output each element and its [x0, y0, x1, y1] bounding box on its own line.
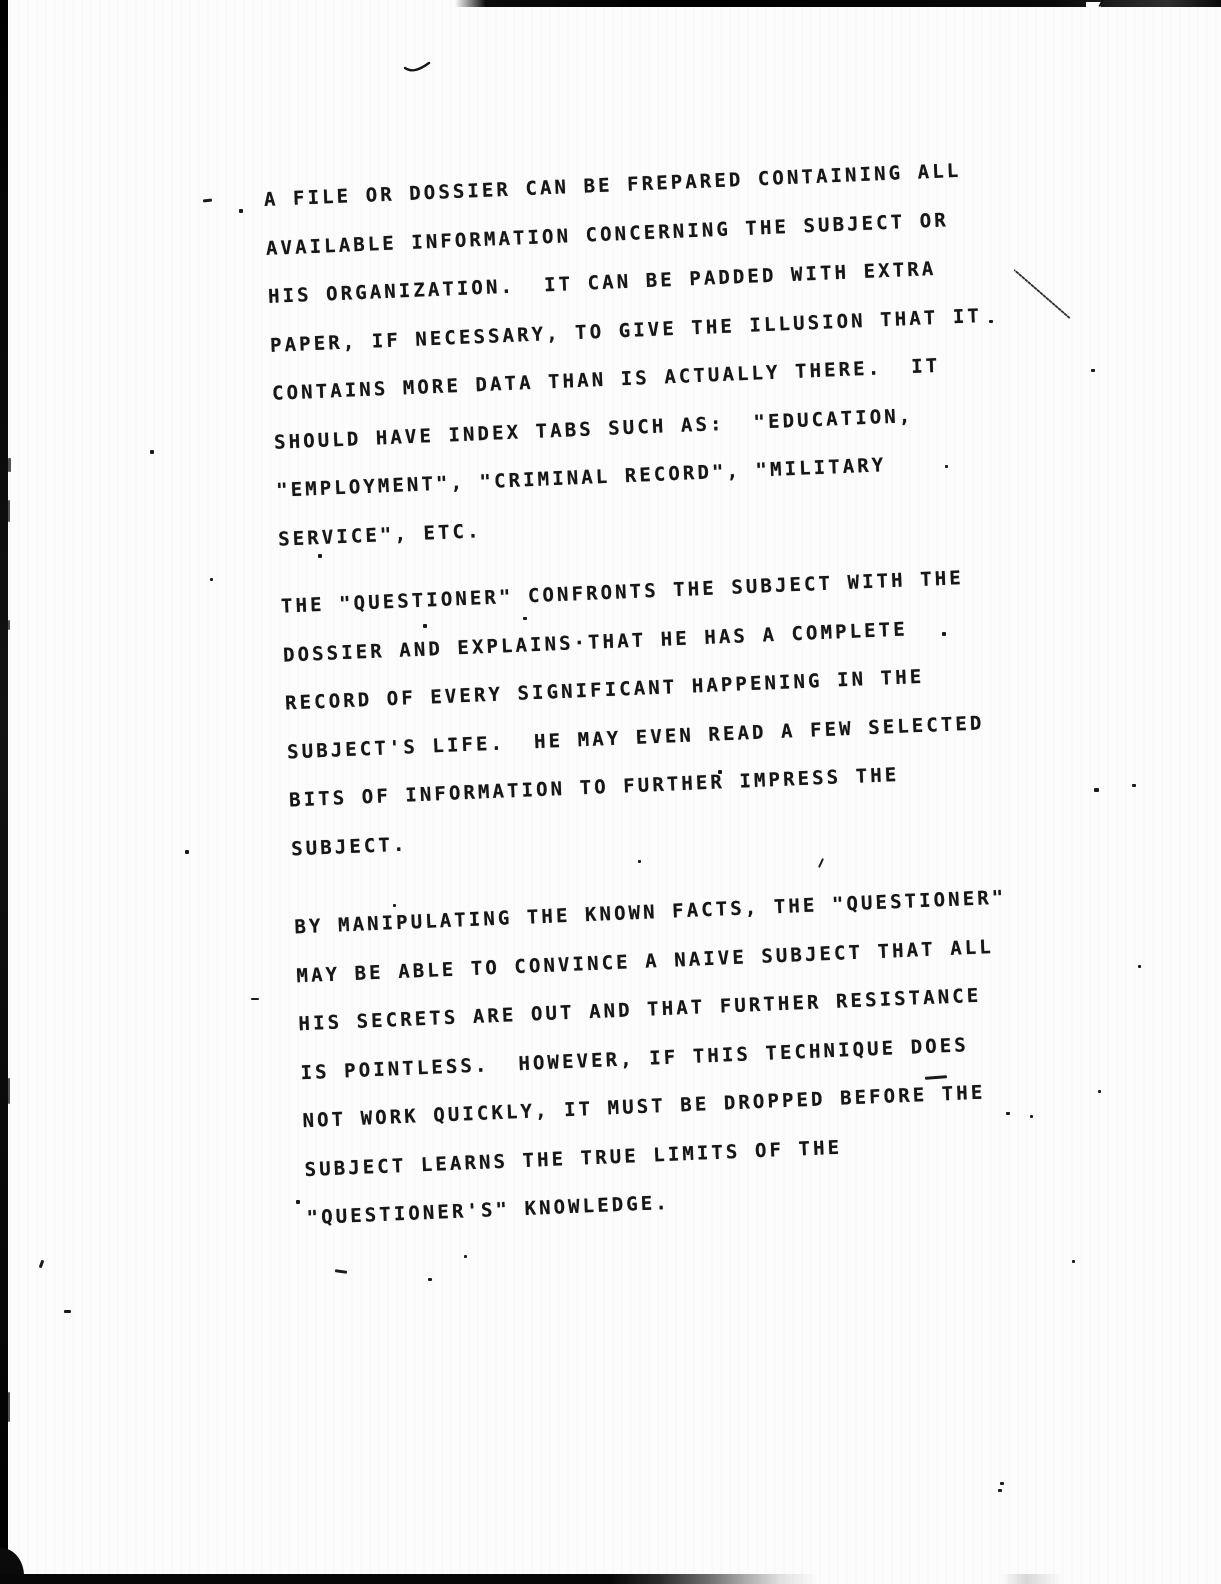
scan-speckle: [998, 1489, 1002, 1492]
scan-speckle: [942, 632, 946, 636]
scan-speckle: [318, 554, 322, 558]
scan-speckle: [1094, 788, 1099, 792]
paragraph-manipulating-facts: BY MANIPULATING THE KNOWN FACTS, THE "QU…: [293, 872, 1047, 1242]
scan-speckle: [150, 450, 154, 454]
scan-speckle: [64, 1310, 71, 1313]
paragraph-questioner-confronts: THE "QUESTIONER" CONFRONTS THE SUBJECT W…: [280, 552, 1032, 874]
scanned-document-page: A FILE OR DOSSIER CAN BE FREPARED CONTAI…: [0, 0, 1221, 1584]
scan-speckle: [523, 617, 527, 620]
scan-speckle: [203, 199, 212, 203]
scan-edge-bottom: [0, 1574, 1221, 1584]
scan-speckle: [945, 465, 948, 468]
scan-speckle: [239, 209, 243, 213]
scan-speckle: [1091, 369, 1095, 372]
scan-speckle: [210, 578, 213, 581]
scan-speckle: [251, 998, 259, 1000]
scan-speckle: [335, 1269, 347, 1274]
scan-edge-corner: [0, 1548, 24, 1576]
scan-speckle: [638, 860, 641, 863]
scan-speckle: [1098, 1090, 1101, 1093]
scan-speckle: [1006, 1112, 1010, 1115]
scan-speckle: [1132, 784, 1136, 787]
scan-speckle: [185, 850, 189, 854]
scan-dust-streak: [1013, 269, 1070, 319]
pen-dash-mark: [404, 60, 432, 76]
scan-speckle: [464, 1255, 467, 1258]
scan-speckle: [1030, 1115, 1033, 1118]
scan-speckle: [423, 624, 427, 628]
scan-speckle: [8, 620, 10, 630]
scan-speckle: [1000, 1482, 1004, 1485]
scan-speckle: [296, 1200, 300, 1204]
scan-speckle: [39, 1260, 45, 1269]
scan-speckle: [989, 320, 993, 323]
scan-speckle: [718, 770, 722, 774]
scan-edge-left: [0, 0, 8, 1584]
scan-speckle: [8, 1078, 10, 1104]
scan-speckle: [8, 500, 10, 522]
scan-speckle: [1072, 1260, 1075, 1263]
scan-speckle: [393, 904, 396, 907]
scan-speckle: [428, 1278, 432, 1281]
scan-speckle: [8, 458, 11, 472]
scan-edge-top: [455, 0, 1221, 7]
paragraph-dossier-preparation: A FILE OR DOSSIER CAN BE FREPARED CONTAI…: [263, 145, 1019, 564]
scan-speckle: [1138, 965, 1141, 968]
scan-speckle: [8, 1392, 10, 1422]
